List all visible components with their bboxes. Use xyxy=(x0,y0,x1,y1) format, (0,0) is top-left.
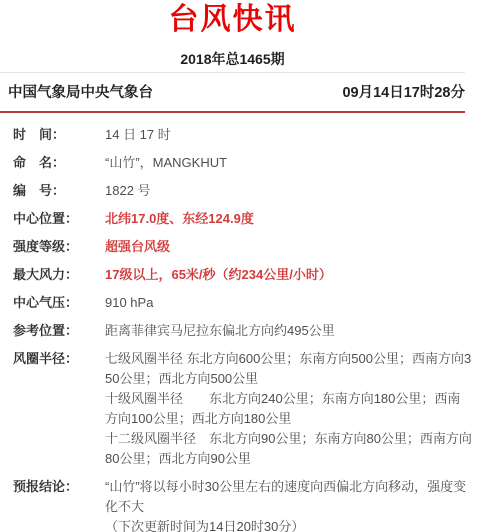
row-max-wind-value: 17级以上，65米/秒（约234公里/小时） xyxy=(105,265,473,285)
row-number: 编 号： 1822 号 xyxy=(13,181,473,201)
row-name: 命 名： “山竹”，MANGKHUT xyxy=(13,153,473,173)
row-max-wind: 最大风力： 17级以上，65米/秒（约234公里/小时） xyxy=(13,265,473,285)
bulletin-header-area: 台风快讯 2018年总1465期 中国气象局中央气象台 09月14日17时28分 xyxy=(0,0,465,113)
row-center-position-label: 中心位置： xyxy=(13,209,105,229)
row-number-value: 1822 号 xyxy=(105,181,473,201)
row-time-value: 14 日 17 时 xyxy=(105,125,473,145)
row-forecast-conclusion-label: 预报结论： xyxy=(13,477,105,532)
row-reference-position-value: 距离菲律宾马尼拉东偏北方向约495公里 xyxy=(105,321,473,341)
row-reference-position-label: 参考位置： xyxy=(13,321,105,341)
row-reference-position: 参考位置： 距离菲律宾马尼拉东偏北方向约495公里 xyxy=(13,321,473,341)
wind-circle-level10: 十级风圈半径 东北方向240公里；东南方向180公里；西南方向100公里；西北方… xyxy=(105,389,473,429)
bulletin-body: 时 间： 14 日 17 时 命 名： “山竹”，MANGKHUT 编 号： 1… xyxy=(0,113,480,532)
issue-datetime: 09月14日17时28分 xyxy=(342,81,465,102)
row-wind-circle-radius: 风圈半径： 七级风圈半径 东北方向600公里；东南方向500公里；西南方向350… xyxy=(13,349,473,469)
row-time-label: 时 间： xyxy=(13,125,105,145)
row-name-label: 命 名： xyxy=(13,153,105,173)
row-center-position-value: 北纬17.0度、东经124.9度 xyxy=(105,209,473,229)
row-intensity-value: 超强台风级 xyxy=(105,237,473,257)
masthead: 中国气象局中央气象台 09月14日17时28分 xyxy=(0,72,465,113)
row-center-pressure: 中心气压： 910 hPa xyxy=(13,293,473,313)
row-time: 时 间： 14 日 17 时 xyxy=(13,125,473,145)
typhoon-bulletin-page: 台风快讯 2018年总1465期 中国气象局中央气象台 09月14日17时28分… xyxy=(0,0,480,532)
row-forecast-conclusion-value: “山竹”将以每小时30公里左右的速度向西偏北方向移动，强度变化不大 （下次更新时… xyxy=(105,477,473,532)
row-center-position: 中心位置： 北纬17.0度、东经124.9度 xyxy=(13,209,473,229)
row-number-label: 编 号： xyxy=(13,181,105,201)
page-title: 台风快讯 xyxy=(0,0,465,38)
issue-number: 2018年总1465期 xyxy=(0,51,465,67)
next-update-time: （下次更新时间为14日20时30分） xyxy=(105,517,473,532)
row-center-pressure-value: 910 hPa xyxy=(105,293,473,313)
wind-circle-level7: 七级风圈半径 东北方向600公里；东南方向500公里；西南方向350公里；西北方… xyxy=(105,349,473,389)
row-center-pressure-label: 中心气压： xyxy=(13,293,105,313)
row-name-value: “山竹”，MANGKHUT xyxy=(105,153,473,173)
wind-circle-level12: 十二级风圈半径 东北方向90公里；东南方向80公里；西南方向80公里；西北方向9… xyxy=(105,429,473,469)
row-max-wind-label: 最大风力： xyxy=(13,265,105,285)
row-wind-circle-radius-label: 风圈半径： xyxy=(13,349,105,469)
forecast-text: “山竹”将以每小时30公里左右的速度向西偏北方向移动，强度变化不大 xyxy=(105,477,473,517)
row-intensity-label: 强度等级： xyxy=(13,237,105,257)
row-forecast-conclusion: 预报结论： “山竹”将以每小时30公里左右的速度向西偏北方向移动，强度变化不大 … xyxy=(13,477,473,532)
row-wind-circle-radius-value: 七级风圈半径 东北方向600公里；东南方向500公里；西南方向350公里；西北方… xyxy=(105,349,473,469)
agency-name: 中国气象局中央气象台 xyxy=(0,81,153,102)
row-intensity: 强度等级： 超强台风级 xyxy=(13,237,473,257)
